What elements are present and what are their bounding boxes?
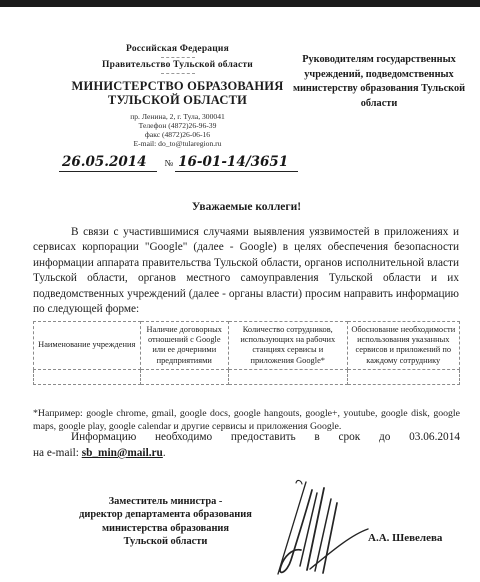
handwritten-outgoing-number: 16-01-14/3651: [175, 154, 298, 172]
table-header-institution: Наименование учреждения: [34, 322, 141, 370]
signer-name: А.А. Шевелева: [368, 532, 442, 544]
government-name: Правительство Тульской области: [55, 60, 300, 71]
report-email: sb_min@mail.ru: [82, 447, 163, 459]
ministry-name-line2: ТУЛЬСКОЙ ОБЛАСТИ: [55, 93, 300, 107]
scan-top-black-bar: [0, 0, 480, 7]
handwritten-signature: [272, 478, 372, 578]
table-cell: [140, 369, 229, 384]
separator-line: [161, 57, 195, 58]
table-header-employee-count: Количество сотрудников, использующих на …: [229, 322, 347, 370]
registration-line: 26.05.2014№16-01-14/3651: [55, 153, 300, 172]
salutation: Уважаемые коллеги!: [33, 201, 460, 213]
table-row: [34, 369, 460, 384]
body-paragraph: В связи с участившимися случаями выявлен…: [33, 225, 459, 317]
table-header-contract: Наличие договорных отношений с Google ил…: [140, 322, 229, 370]
ministry-name-line1: МИНИСТЕРСТВО ОБРАЗОВАНИЯ: [55, 79, 300, 93]
table-header-row: Наименование учреждения Наличие договорн…: [34, 322, 460, 370]
scanned-letter-page: Российская Федерация Правительство Тульс…: [0, 0, 480, 582]
signer-position-block: Заместитель министра - директор департам…: [68, 495, 263, 549]
number-sign: №: [165, 158, 174, 168]
report-form-table: Наименование учреждения Наличие договорн…: [33, 321, 460, 385]
signer-position-line: директор департамента образования: [68, 508, 263, 521]
table-cell: [34, 369, 141, 384]
deadline-line2: на e-mail: sb_min@mail.ru.: [33, 446, 460, 462]
signer-position-line: министерства образования: [68, 522, 263, 535]
signer-position-line: Заместитель министра -: [68, 495, 263, 508]
deadline-period: .: [163, 447, 166, 459]
letterhead-sender-block: Российская Федерация Правительство Тульс…: [55, 44, 300, 172]
addressee-block: Руководителям государственных учреждений…: [287, 53, 471, 111]
postal-address: пр. Ленина, 2, г. Тула, 300041: [55, 112, 300, 121]
deadline-email-prefix: на e-mail:: [33, 447, 82, 459]
separator-line: [161, 73, 195, 74]
country-name: Российская Федерация: [55, 44, 300, 55]
table-cell: [347, 369, 460, 384]
phone-line: Телефон (4872)26-96-39: [55, 121, 300, 130]
deadline-paragraph: Информацию необходимо предоставить в сро…: [33, 430, 460, 462]
signer-position-line: Тульской области: [68, 535, 263, 548]
handwritten-date: 26.05.2014: [59, 154, 157, 172]
email-line: E-mail: do_to@tularegion.ru: [55, 139, 300, 148]
fax-line: факс (4872)26-06-16: [55, 130, 300, 139]
deadline-line1: Информацию необходимо предоставить в сро…: [33, 430, 460, 446]
table-cell: [229, 369, 347, 384]
table-header-justification: Обоснование необходимости использования …: [347, 322, 460, 370]
